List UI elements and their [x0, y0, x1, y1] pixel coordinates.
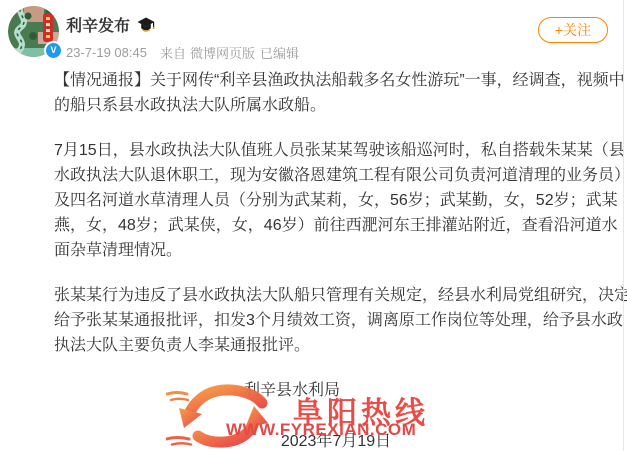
text-line: 水政执法大队退休职工，现为安徽洛恩建筑工程有限公司负责河道清理的业务员） — [54, 163, 622, 188]
weibo-post-card: V 利辛发布 23-7-19 08:45 来自 微博网页版 已编辑 +关注 【情… — [0, 0, 627, 451]
text-line: 张某某行为违反了县水政执法大队船只管理有关规定，经县水利局党组研究，决定 — [54, 283, 622, 308]
source-prefix: 来自 — [160, 43, 186, 62]
paragraph: 7月15日，县水政执法大队值班人员张某某驾驶该船巡河时，私自搭载朱某某（县 水政… — [54, 138, 622, 263]
source-link[interactable]: 微博网页版 — [190, 43, 255, 62]
text-line: 【情况通报】关于网传“利辛县渔政执法船载多名女性游玩”一事，经调查，视频中 — [54, 68, 622, 93]
official-cap-badge-icon — [137, 17, 155, 33]
username[interactable]: 利辛发布 — [66, 13, 130, 36]
avatar[interactable]: V — [8, 6, 59, 57]
signature: 利辛县水利局 — [8, 378, 576, 403]
text-line: 7月15日，县水政执法大队值班人员张某某驾驶该船巡河时，私自搭载朱某某（县 — [54, 138, 622, 163]
edited-label[interactable]: 已编辑 — [260, 43, 299, 62]
post-date: 2023年7月19日 — [52, 429, 620, 451]
post-content: 【情况通报】关于网传“利辛县渔政执法船载多名女性游玩”一事，经调查，视频中 的船… — [54, 68, 622, 451]
card-right-border — [623, 0, 624, 451]
text-line: 燕，女，48岁；武某侠，女，46岁）前往西淝河东王排灌站附近，查看沿河道水 — [54, 213, 622, 238]
verified-badge-icon: V — [44, 41, 63, 60]
text-line: 面杂草清理情况。 — [54, 238, 622, 263]
follow-button[interactable]: +关注 — [538, 17, 608, 43]
text-line: 及四名河道水草清理人员（分别为武某莉，女，56岁；武某勤，女，52岁；武某 — [54, 188, 622, 213]
paragraph: 【情况通报】关于网传“利辛县渔政执法船载多名女性游玩”一事，经调查，视频中 的船… — [54, 68, 622, 118]
paragraph: 张某某行为违反了县水政执法大队船只管理有关规定，经县水利局党组研究，决定 给予张… — [54, 283, 622, 358]
post-meta: 23-7-19 08:45 来自 微博网页版 已编辑 — [66, 43, 299, 62]
text-line: 的船只系县水政执法大队所属水政船。 — [54, 93, 622, 118]
post-header: 利辛发布 23-7-19 08:45 来自 微博网页版 已编辑 — [66, 13, 299, 62]
text-line: 给予张某某通报批评，扣发3个月绩效工资，调离原工作岗位等处理，给予县水政 — [54, 308, 622, 333]
text-line: 执法大队主要负责人李某通报批评。 — [54, 333, 622, 358]
timestamp[interactable]: 23-7-19 08:45 — [66, 45, 147, 60]
